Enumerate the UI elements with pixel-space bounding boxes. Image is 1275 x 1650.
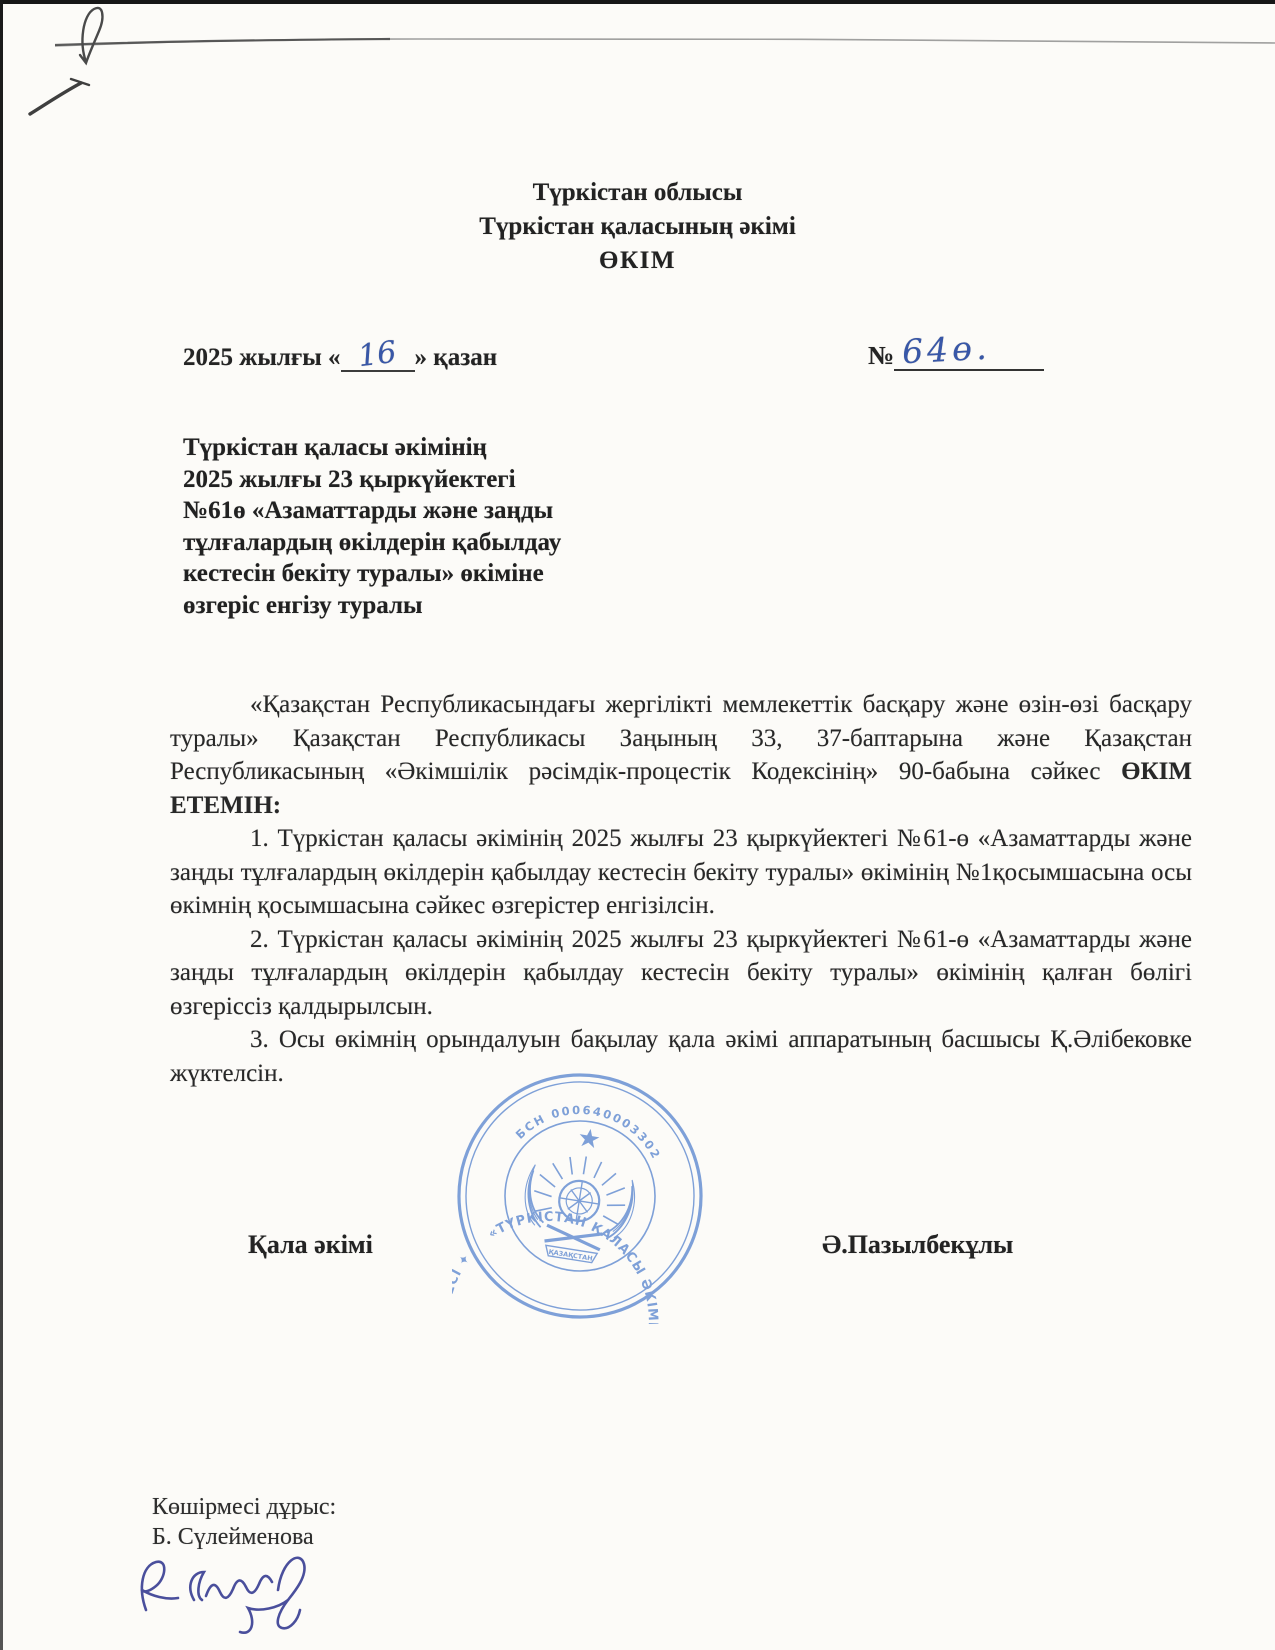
subject-line: кестесін бекіту туралы» өкіміне bbox=[183, 558, 561, 590]
body-text: «Қазақстан Республикасындағы жергілікті … bbox=[170, 688, 1192, 1090]
coat-of-arms-icon: ҚАЗАҚСТАН bbox=[516, 1120, 645, 1267]
signature-name: Ә.Пазылбекұлы bbox=[822, 1230, 1013, 1260]
certification-note: Көшірмесі дұрыс: Б. Сүлейменова bbox=[152, 1492, 336, 1552]
decree-item-2: 2. Түркістан қаласы әкімінің 2025 жылғы … bbox=[170, 923, 1192, 1024]
doc-number: №64ө. bbox=[868, 332, 1044, 371]
stamp-bin-text: БСН 000640003302 bbox=[511, 1092, 670, 1164]
preamble-paragraph: «Қазақстан Республикасындағы жергілікті … bbox=[170, 688, 1192, 822]
preamble-text: «Қазақстан Республикасындағы жергілікті … bbox=[170, 691, 1192, 785]
date-day-blank: 16 bbox=[341, 338, 415, 372]
number-blank: 64ө. bbox=[894, 332, 1044, 371]
svg-text:«ТҮРКІСТАН ҚАЛАСЫ ӘКІМІНІҢ АПП: «ТҮРКІСТАН ҚАЛАСЫ ӘКІМІНІҢ АППАРАТЫ» ✦ М… bbox=[452, 1194, 676, 1324]
stamp-center-label: ҚАЗАҚСТАН bbox=[548, 1248, 593, 1263]
pen-mark-icon bbox=[0, 0, 1275, 150]
date-prefix: 2025 жылғы « bbox=[183, 344, 341, 371]
subject-line: өзгеріс енгізу туралы bbox=[183, 590, 561, 622]
number-sign: № bbox=[868, 341, 894, 370]
certifier-name: Б. Сүлейменова bbox=[152, 1522, 336, 1552]
handwritten-number: 64ө. bbox=[901, 331, 991, 370]
date-line: 2025 жылғы «16» қазан bbox=[183, 338, 497, 372]
decree-item-1: 1. Түркістан қаласы әкімінің 2025 жылғы … bbox=[170, 822, 1192, 923]
signature-role: Қала әкімі bbox=[248, 1230, 373, 1260]
header-doc-type: ӨКІМ bbox=[0, 244, 1275, 278]
subject-block: Түркістан қаласы әкімінің 2025 жылғы 23 … bbox=[183, 432, 561, 621]
handwritten-day: 16 bbox=[357, 338, 399, 372]
subject-line: Түркістан қаласы әкімінің bbox=[183, 432, 561, 464]
certification-line: Көшірмесі дұрыс: bbox=[152, 1492, 336, 1522]
subject-line: №61ө «Азаматтарды және заңды bbox=[183, 495, 561, 527]
date-suffix: » қазан bbox=[415, 344, 498, 371]
document-header: Түркістан облысы Түркістан қаласының әкі… bbox=[0, 176, 1275, 278]
svg-text:БСН 000640003302: БСН 000640003302 bbox=[511, 1092, 670, 1164]
header-authority: Түркістан қаласының әкімі bbox=[0, 210, 1275, 244]
certifier-signature-icon bbox=[128, 1538, 378, 1638]
header-region: Түркістан облысы bbox=[0, 176, 1275, 210]
scan-edge-top bbox=[0, 0, 1275, 4]
decree-item-3: 3. Осы өкімнің орындалуын бақылау қала ә… bbox=[170, 1023, 1192, 1090]
official-stamp-icon: «ТҮРКІСТАН ҚАЛАСЫ ӘКІМІНІҢ АППАРАТЫ» ✦ М… bbox=[452, 1068, 708, 1324]
scanned-decree-page: Түркістан облысы Түркістан қаласының әкі… bbox=[0, 0, 1275, 1650]
subject-line: тұлғалардың өкілдерін қабылдау bbox=[183, 527, 561, 559]
subject-line: 2025 жылғы 23 қыркүйектегі bbox=[183, 464, 561, 496]
stamp-ring-text: «ТҮРКІСТАН ҚАЛАСЫ ӘКІМІНІҢ АППАРАТЫ» ✦ М… bbox=[452, 1194, 676, 1324]
